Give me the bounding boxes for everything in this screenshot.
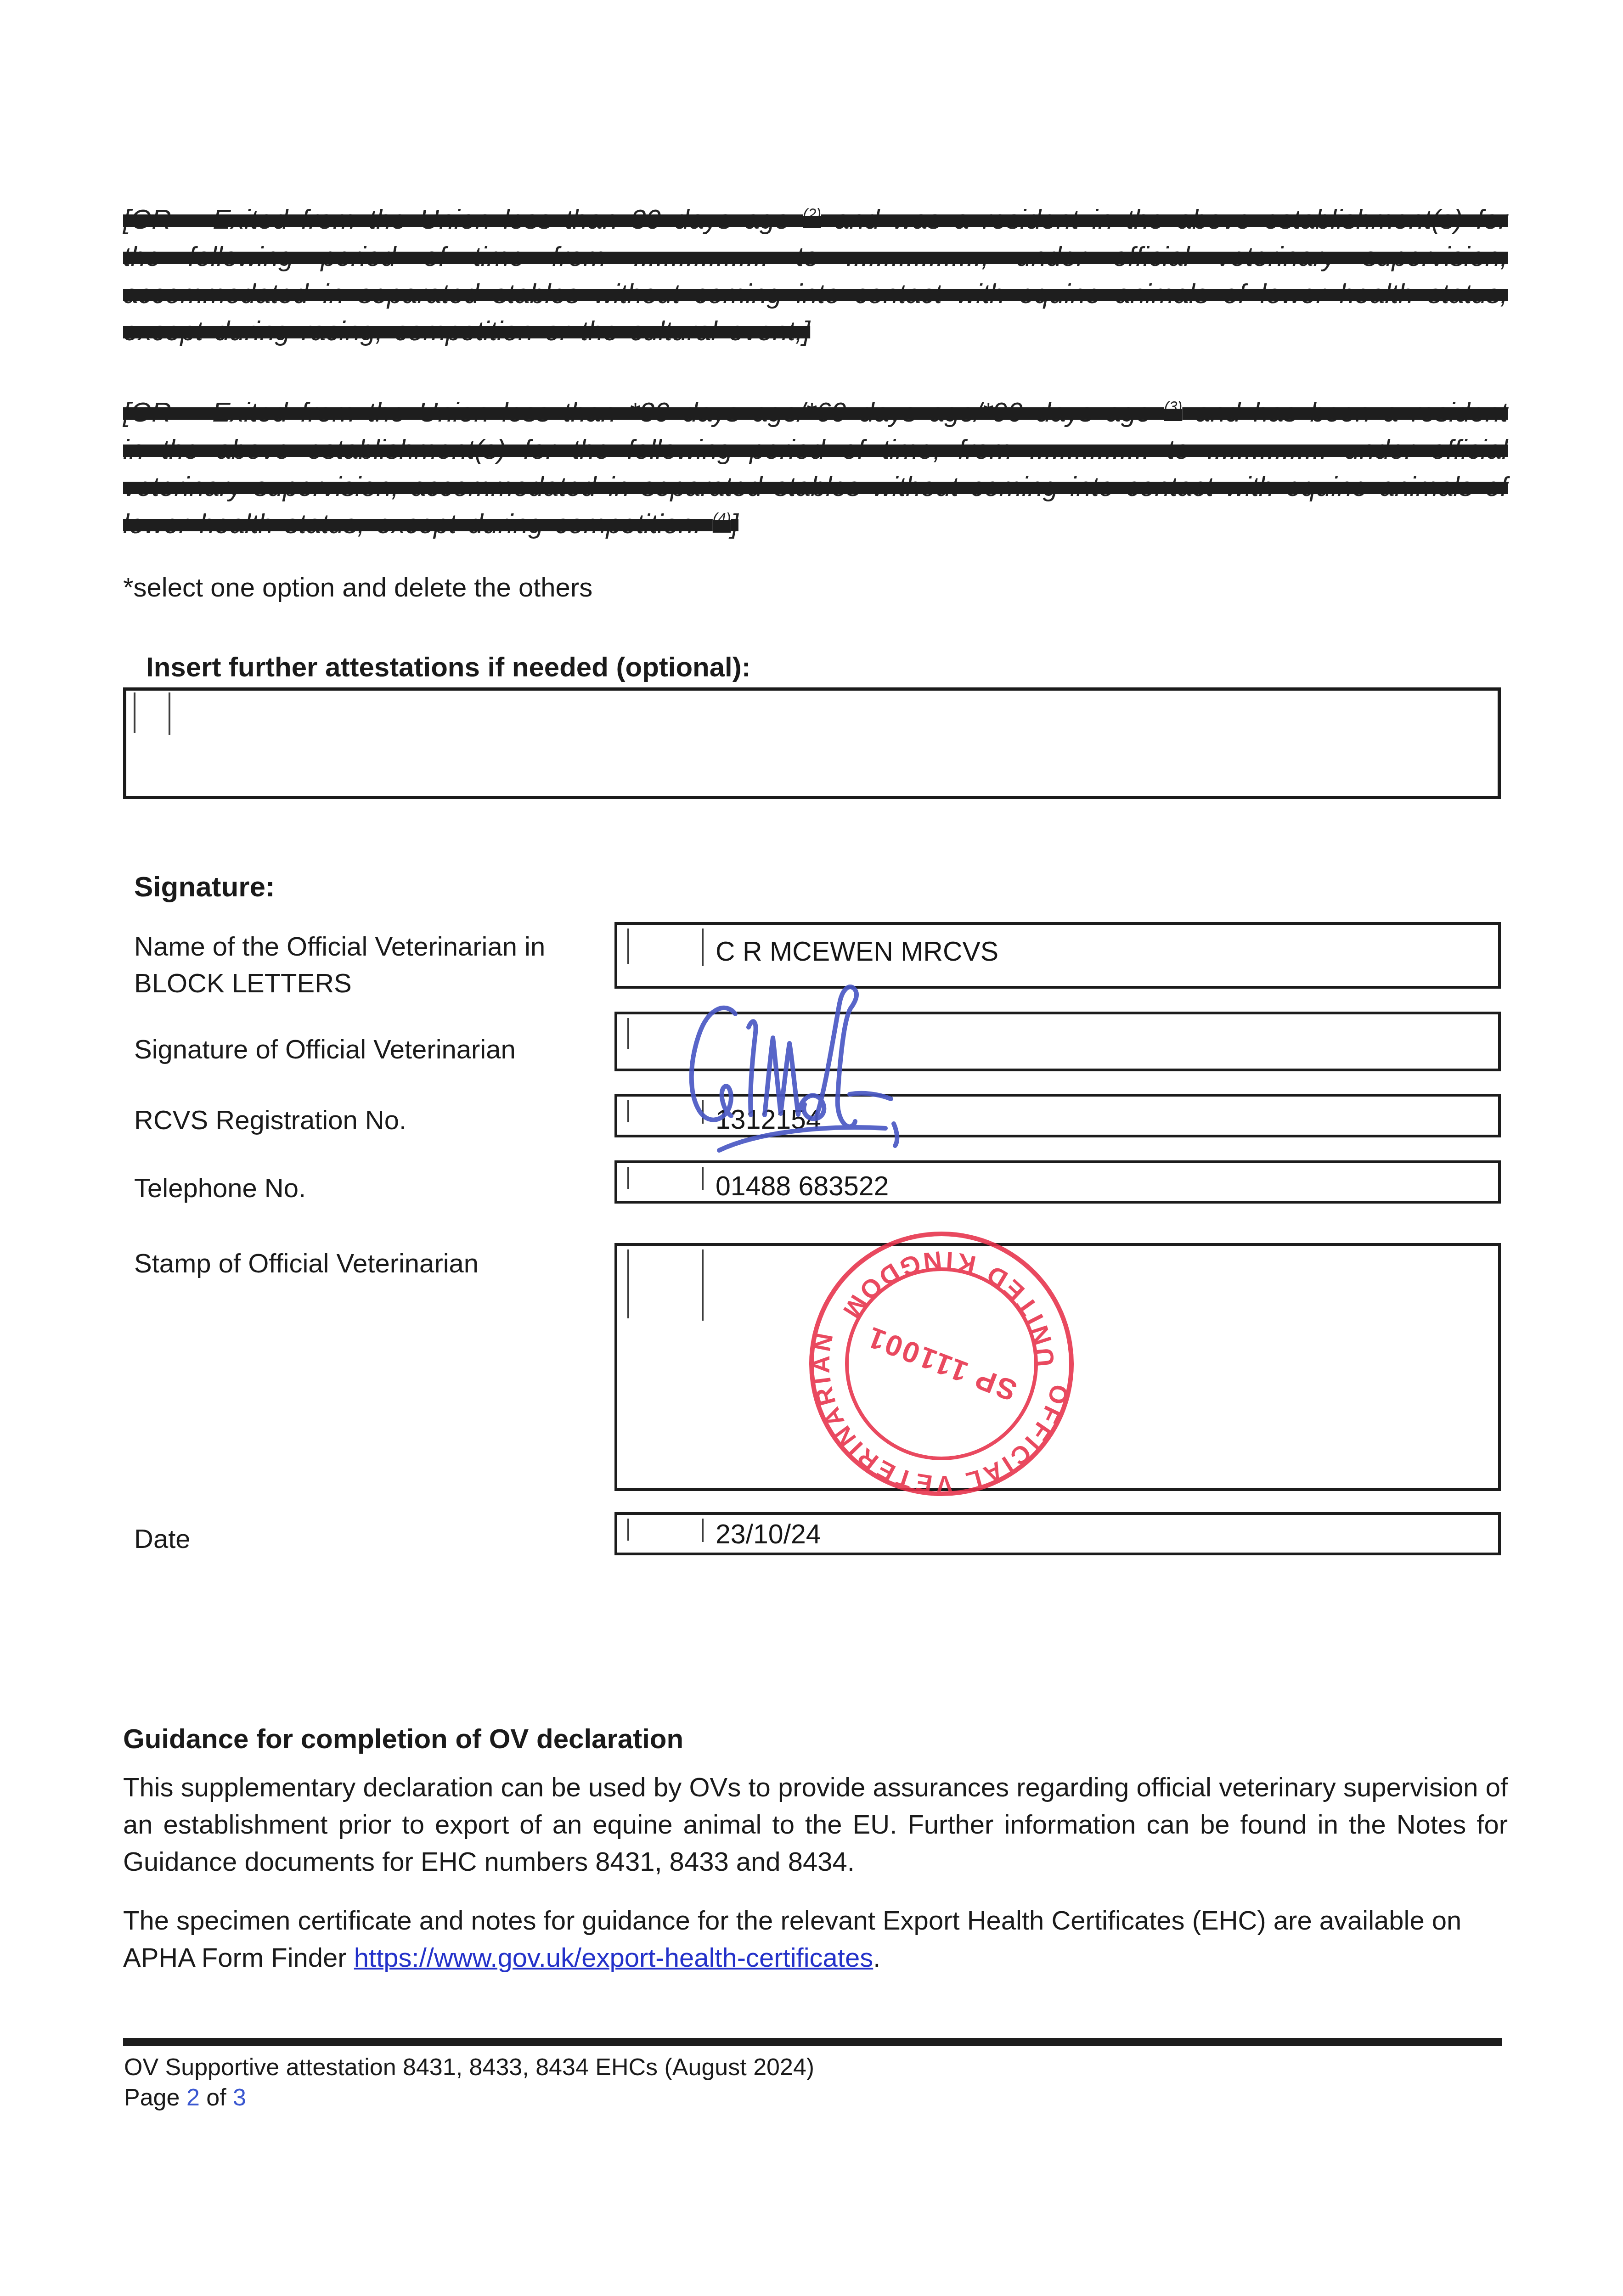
form-field-tick xyxy=(702,1519,704,1542)
footnote-ref-3: (3) xyxy=(1164,399,1183,415)
telephone-label: Telephone No. xyxy=(134,1170,591,1207)
name-field-box: C R MCEWEN MRCVS xyxy=(614,922,1501,989)
export-health-certificates-link[interactable]: https://www.gov.uk/export-health-certifi… xyxy=(354,1943,873,1973)
rcvs-field-box: 1312154 xyxy=(614,1094,1501,1137)
deleted-clauses-section: [OR – Exited from the Union less than 30… xyxy=(123,201,1508,587)
scanned-ov-declaration-page: [OR – Exited from the Union less than 30… xyxy=(0,0,1623,2296)
further-attestations-box xyxy=(123,687,1501,799)
form-field-tick xyxy=(169,692,170,735)
select-option-note: *select one option and delete the others xyxy=(123,572,592,603)
telephone-value: 01488 683522 xyxy=(716,1171,889,1202)
form-field-tick xyxy=(702,1100,704,1124)
clause-2-text: [OR – Exited from the Union less than *3… xyxy=(123,397,1164,428)
footer-divider xyxy=(123,2038,1502,2046)
date-label: Date xyxy=(134,1521,591,1558)
form-field-tick xyxy=(627,1519,629,1541)
signature-section-heading: Signature: xyxy=(134,871,275,903)
footnote-ref-2: (2) xyxy=(803,206,821,222)
clause-2-close-bracket: ] xyxy=(731,509,738,539)
form-field-tick xyxy=(627,1249,629,1318)
of-word: of xyxy=(206,2084,226,2111)
struck-clause-2: [OR – Exited from the Union less than *3… xyxy=(123,394,1508,543)
signature-label: Signature of Official Veterinarian xyxy=(134,1031,591,1068)
form-field-tick xyxy=(134,692,135,733)
form-field-tick xyxy=(627,1100,629,1122)
current-page-number: 2 xyxy=(186,2084,200,2111)
stamp-label: Stamp of Official Veterinarian xyxy=(134,1245,591,1282)
form-field-tick xyxy=(702,929,704,966)
name-value: C R MCEWEN MRCVS xyxy=(716,936,998,967)
footer-page-indicator: Page 2 of 3 xyxy=(124,2084,246,2111)
rcvs-value: 1312154 xyxy=(716,1104,821,1135)
clause-1-text: [OR – Exited from the Union less than 30… xyxy=(123,204,803,235)
rcvs-number-label: RCVS Registration No. xyxy=(134,1102,591,1139)
date-value: 23/10/24 xyxy=(716,1519,821,1550)
footer-document-title: OV Supportive attestation 8431, 8433, 84… xyxy=(124,2054,814,2081)
attestations-heading: Insert further attestations if needed (o… xyxy=(146,651,751,683)
footnote-ref-4: (4) xyxy=(713,510,731,527)
form-field-tick xyxy=(627,1018,629,1049)
name-label: Name of the Official Veterinarian in BLO… xyxy=(134,929,591,1002)
form-field-tick xyxy=(702,1249,704,1321)
form-field-tick xyxy=(702,1167,704,1190)
guidance-heading: Guidance for completion of OV declaratio… xyxy=(123,1723,683,1755)
date-field-box: 23/10/24 xyxy=(614,1512,1501,1555)
stamp-field-box xyxy=(614,1243,1501,1491)
signature-field-box xyxy=(614,1012,1501,1071)
page-word: Page xyxy=(124,2084,180,2111)
guidance-paragraph-2-period: . xyxy=(873,1943,880,1973)
guidance-paragraph-2: The specimen certificate and notes for g… xyxy=(123,1902,1508,1976)
guidance-paragraph-1: This supplementary declaration can be us… xyxy=(123,1769,1508,1880)
form-field-tick xyxy=(627,1167,629,1189)
telephone-field-box: 01488 683522 xyxy=(614,1160,1501,1204)
struck-clause-1: [OR – Exited from the Union less than 30… xyxy=(123,201,1508,350)
total-page-number: 3 xyxy=(233,2084,246,2111)
form-field-tick xyxy=(627,929,629,964)
